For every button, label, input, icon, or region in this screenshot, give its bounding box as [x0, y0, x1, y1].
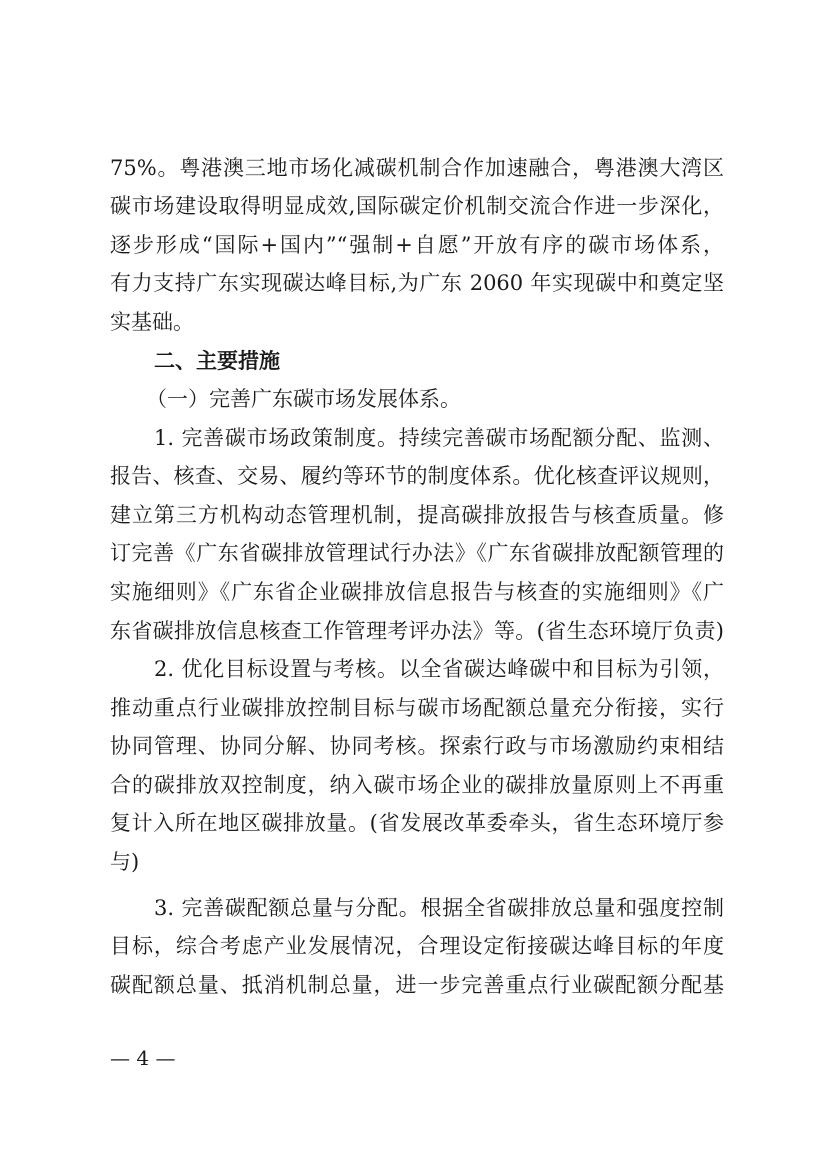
item-3-line: 目标，综合考虑产业发展情况，合理设定衔接碳达峰目标的年度 [110, 931, 724, 961]
paragraph-line: 75%。粤港澳三地市场化减碳机制合作加速融合，粤港澳大湾区 [110, 153, 724, 183]
item-1-line: 1. 完善碳市场政策制度。持续完善碳市场配额分配、监测、 [154, 423, 724, 453]
item-3-line: 3. 完善碳配额总量与分配。根据全省碳排放总量和强度控制 [154, 893, 724, 923]
subsection-heading: （一）完善广东碳市场发展体系。 [146, 384, 760, 414]
item-1-line: 东省碳排放信息核查工作管理考评办法》等。(省生态环境厅负责) [110, 616, 724, 646]
page-number: — 4 — [110, 1044, 175, 1072]
item-2-line: 合的碳排放双控制度，纳入碳市场企业的碳排放量原则上不再重 [110, 770, 724, 800]
item-2-line: 协同管理、协同分解、协同考核。探索行政与市场激励约束相结 [110, 731, 724, 761]
item-1-line: 建立第三方机构动态管理机制，提高碳排放报告与核查质量。修 [110, 500, 724, 530]
item-2-line: 与) [110, 847, 724, 877]
item-2-line: 推动重点行业碳排放控制目标与碳市场配额总量充分衔接，实行 [110, 693, 724, 723]
paragraph-line: 实基础。 [110, 307, 724, 337]
section-heading: 二、主要措施 [154, 346, 724, 376]
item-2-line: 2. 优化目标设置与考核。以全省碳达峰碳中和目标为引领， [154, 654, 724, 684]
item-3-line: 碳配额总量、抵消机制总量，进一步完善重点行业碳配额分配基 [110, 970, 724, 1000]
document-page: 75%。粤港澳三地市场化减碳机制合作加速融合，粤港澳大湾区 碳市场建设取得明显成… [0, 0, 826, 1169]
item-1-line: 订完善《广东省碳排放管理试行办法》《广东省碳排放配额管理的 [110, 538, 724, 568]
item-2-line: 复计入所在地区碳排放量。(省发展改革委牵头，省生态环境厅参 [110, 808, 724, 838]
paragraph-line: 有力支持广东实现碳达峰目标,为广东 2060 年实现碳中和奠定坚 [110, 268, 724, 298]
item-1-line: 报告、核查、交易、履约等环节的制度体系。优化核查评议规则， [110, 461, 724, 491]
item-1-line: 实施细则》《广东省企业碳排放信息报告与核查的实施细则》《广 [110, 577, 724, 607]
paragraph-line: 碳市场建设取得明显成效,国际碳定价机制交流合作进一步深化， [110, 191, 724, 221]
paragraph-line: 逐步形成“国际+国内”“强制+自愿”开放有序的碳市场体系， [110, 230, 724, 260]
